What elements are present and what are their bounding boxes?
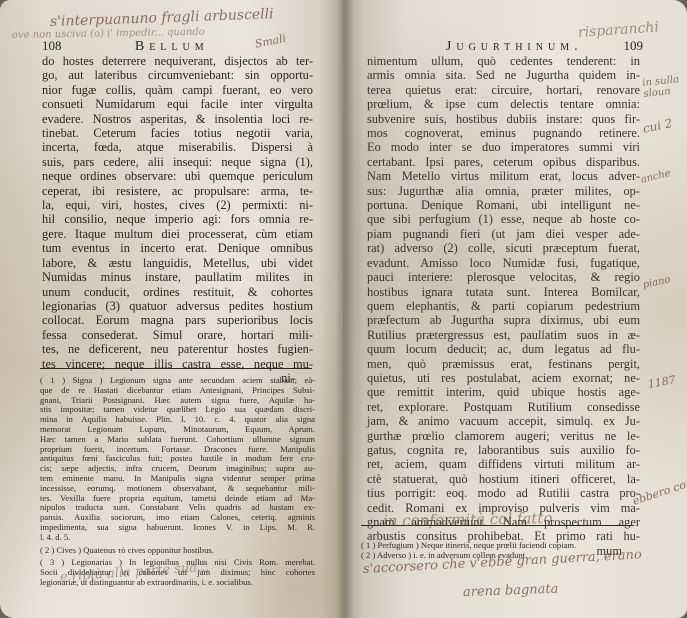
handwritten-note: anche [640,168,672,186]
footnote-line: ( 2 ) Cives ) Quatenus τὸ cives opponitu… [40,546,315,556]
text-line: consueti Numidarum equi facile inter vir… [42,97,313,111]
text-line: go, aut lateribus circumveniebant: sin o… [42,68,313,82]
text-line: evadere. Nostros asperitas, & insolentia… [42,112,313,126]
text-line: Nam Metello virtus militum erat, locus a… [367,169,640,183]
text-line: tius porrigit: eoq. modo ad Rutilii cast… [367,486,640,500]
footnote-line: l. 4. d. 5. [40,533,315,543]
handwritten-note: 1187 [647,373,677,391]
text-line: evadunt. Amisso loco Numidæ fusi, fugati… [367,256,640,270]
text-line: ctè statuerat, quò hostium itineri offic… [367,472,640,486]
handwritten-note: piano [642,274,672,291]
text-line: tum eventus in incerto erat. Denique omn… [42,241,313,255]
text-line: ceperat, ibi resistere, ac propulsare: a… [42,184,313,198]
text-line: quum locum deducit; ac, dum legatus ad f… [367,342,640,356]
text-line: præfectum ab Jugurtha supra diximus, ubi… [367,313,640,327]
footnote-rule [40,368,312,369]
right-page-header: Jugurthinum. 109 [395,38,643,55]
text-line: gurthæ prœlio clamorem augeri; veritus n… [367,429,640,443]
text-line: suis, pars cedere, alii insequi: neque s… [42,155,313,169]
text-line: armis omnia sita. Sed ne Jugurtha quidem… [367,68,640,82]
text-line: sus: Jugurthæ alia omnia, præter milites… [367,184,640,198]
right-page: Jugurthinum. 109 nimentum ullum, quò ced… [343,0,687,618]
text-line: do hostes deterrere nequiverant, disject… [42,54,313,68]
text-line: jam, & animo vacuum accepit, simulq. ex … [367,414,640,428]
text-line: tes, ne deficerent, neu paterentur hoste… [42,342,313,356]
text-line: prœlium, & ipse cum delectis tentare omn… [367,97,640,111]
running-title: Jugurthinum. [446,39,583,55]
text-line: portuna. Denique Romani, ubi intelligunt… [367,198,640,212]
text-line: men, quò præmissus erat, festinans pergi… [367,357,640,371]
text-line: tinebat. Ceterum facies totius negotii v… [42,126,313,140]
text-line: hostibus ignara tutata sunt. Interea Bom… [367,285,640,299]
text-line: incerta, fœda, atque miserabilis. Disper… [42,140,313,154]
text-line: Eo modo inter se duo imperatores summi v… [367,140,640,154]
handwritten-note: arena bagnata [463,582,559,600]
handwritten-note: in sulla sloun [642,74,684,100]
text-line: legionarias (3) quatuor adversus pedites… [42,299,313,313]
footnote-2: ( 2 ) Cives ) Quatenus τὸ cives opponitu… [40,546,315,556]
left-page: 108 Bellum do hostes deterrere nequivera… [0,0,343,618]
text-line: fessa consederat. Simul orare, hortari m… [42,328,313,342]
right-body-text: nimentum ullum, quò cedentes tenderent: … [367,54,640,558]
footnote-line: impedimenta, sua signa habuerunt. Icones… [40,523,315,533]
text-line: quietus, uti res postulabat, aciem exorn… [367,371,640,385]
text-line: labore, & æstu languidis, Metellus, ubi … [42,256,313,270]
text-line: gatus, cognita re, laborantibus suis aux… [367,443,640,457]
text-line: la, equi, viri, hostes, cives (2) permix… [42,198,313,212]
running-title: Bellum [135,39,209,55]
left-footnotes: ( 1 ) Signa ) Legionum signa ante secund… [40,376,315,591]
text-line: Numidas minus instare, paullatim milites… [42,270,313,284]
text-line: nimentum ullum, quò cedentes tenderent: … [367,54,640,68]
text-line: ret, explorare. Postquam Rutilium consed… [367,400,640,414]
text-line: nior fugæ collis, quàm campi fuerant, eo… [42,83,313,97]
text-line: subvenire suis, hostibus dubiis instare:… [367,112,640,126]
text-line: terea quietus erat: circuire, hortari, r… [367,83,640,97]
handwritten-note: cui 2 [642,116,674,136]
text-line: collocat. Eorum magna pars superioribus … [42,313,313,327]
left-body-text: do hostes deterrere nequiverant, disject… [42,54,313,385]
text-line: unum conducit, ordines restituit, & coho… [42,285,313,299]
text-line: que sibi perfugium (1) esse, neque ab ho… [367,212,640,226]
text-line: quem elephantis, & parti copiarum pedest… [367,299,640,313]
text-line: piam pugnandi fieri (ut jam diei vesper … [367,227,640,241]
footnote-1: ( 1 ) Signa ) Legionum signa ante secund… [40,376,315,543]
handwritten-note: in conformità col fatto [383,509,553,530]
text-line: certabant. Ipsi pares, ceterum opibus di… [367,155,640,169]
text-line: ret, aciem, quam diffidens virtuti milit… [367,457,640,471]
text-line: mos cognoverat, eminus pugnando retinere… [367,126,640,140]
text-line: pauci interiere: plerosque velocitas, & … [367,270,640,284]
page-number: 109 [624,38,644,54]
text-line: hil consilio, neque imperio agi: fors om… [42,212,313,226]
text-line: Rutilius prætergressus est, paullatim su… [367,328,640,342]
text-line: que remittit interim, quid ubique hostis… [367,385,640,399]
book-spread: 108 Bellum do hostes deterrere nequivera… [0,0,687,618]
handwritten-note: risparanchi [577,19,659,41]
text-line: gere. Itaque multum diei processerat, cù… [42,227,313,241]
text-line: rat) adverso (2) colle, sicuti præceptum… [367,241,640,255]
text-line: neque ordines observare: ubi quemque per… [42,169,313,183]
